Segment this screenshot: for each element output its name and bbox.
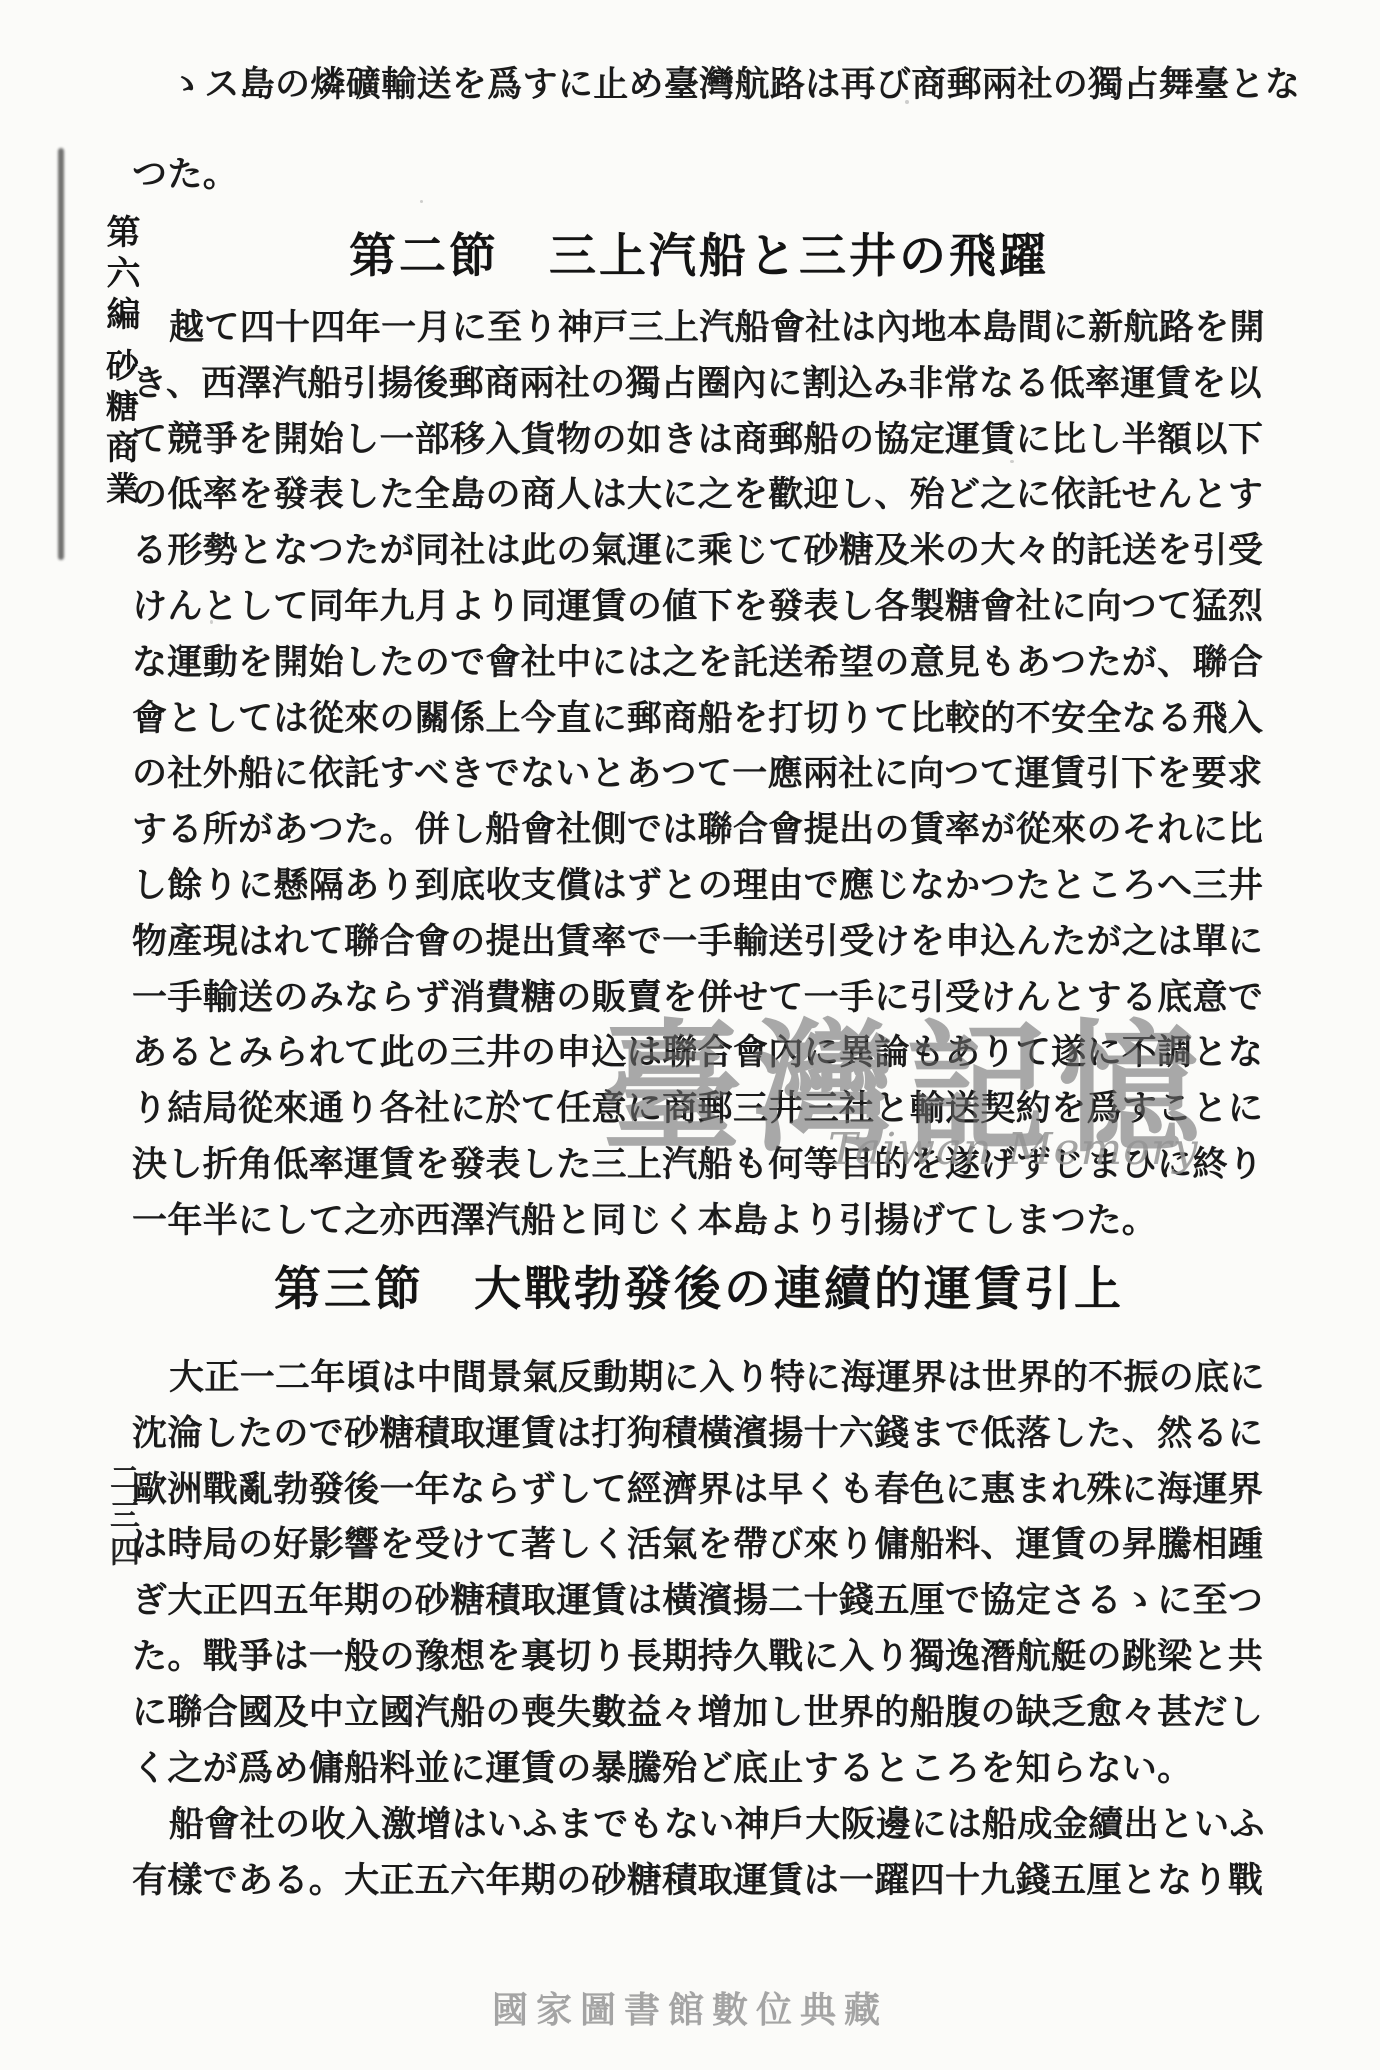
body-line: る形勢となつたが同社は此の氣運に乘じて砂糖及米の大々的託送を引受 xyxy=(132,523,1266,579)
body-line: て競爭を開始し一部移入貨物の如きは商郵船の協定運賃に比し半額以下 xyxy=(132,412,1266,468)
body-line: けんとして同年九月より同運賃の値下を發表し各製糖會社に向つて猛烈 xyxy=(132,579,1266,635)
body-line: 一手輸送のみならず消費糖の販賣を併せて一手に引受けんとする底意で xyxy=(132,970,1266,1026)
scan-speck xyxy=(1010,460,1014,463)
section2-paragraph: 越て四十四年一月に至り神戸三上汽船會社は內地本島間に新航路を開 き、西澤汽船引揚… xyxy=(132,300,1266,1249)
body-line: 有樣である。大正五六年期の砂糖積取運賃は一躍四十九錢五厘となり戰 xyxy=(132,1853,1266,1909)
body-line: 船會社の收入激增はいふまでもない神戶大阪邊には船成金續出といふ xyxy=(132,1797,1266,1853)
intro-paragraph: ゝス島の燐礦輸送を爲すに止め臺灣航路は再び商郵兩社の獨占舞臺とな つた。 xyxy=(132,40,1266,220)
body-line: に聯合國及中立國汽船の喪失數益々增加し世界的船腹の缺乏愈々甚だし xyxy=(132,1685,1266,1741)
scan-speck xyxy=(420,200,423,203)
scan-speck xyxy=(905,100,909,104)
section-heading: 第二節 三上汽船と三井の飛躍 xyxy=(132,222,1366,292)
scan-gutter-shadow xyxy=(58,148,64,560)
body-line: 物產現はれて聯合會の提出賃率で一手輸送引受けを申込んたが之は單に xyxy=(132,914,1266,970)
body-line: あるとみられて此の三井の申込は聯合會內に異論もありて遂に不調とな xyxy=(132,1025,1266,1081)
body-line: ぎ大正四五年期の砂糖積取運賃は橫濱揚二十錢五厘で協定さるゝに至つ xyxy=(132,1573,1266,1629)
body-line: 沈淪したので砂糖積取運賃は打狗積橫濱揚十六錢まで低落した、然るに xyxy=(132,1406,1266,1462)
body-line: 大正一二年頃は中間景氣反動期に入り特に海運界は世界的不振の底に xyxy=(132,1350,1266,1406)
body-line: た。戰爭は一般の豫想を裏切り長期持久戰に入り獨逸潛航艇の跳梁と共 xyxy=(132,1629,1266,1685)
body-line: の低率を發表した全島の商人は大に之を歡迎し、殆ど之に依託せんとす xyxy=(132,467,1266,523)
scan-speck xyxy=(210,620,213,624)
body-line: 歐洲戰亂勃發後一年ならずして經濟界は早くも春色に惠まれ殊に海運界 xyxy=(132,1462,1266,1518)
body-line: 決し折角低率運賃を發表した三上汽船も何等目的を遂げずじまひに終り xyxy=(132,1137,1266,1193)
body-line: く之が爲め傭船料並に運賃の暴騰殆ど底止するところを知らない。 xyxy=(132,1741,1266,1797)
body-line: り結局從來通り各社に於て任意に商郵三井三社と輸送契約を爲すことに xyxy=(132,1081,1266,1137)
section3-paragraph-1: 大正一二年頃は中間景氣反動期に入り特に海運界は世界的不振の底に 沈淪したので砂糖… xyxy=(132,1350,1266,1796)
body-line: 越て四十四年一月に至り神戸三上汽船會社は內地本島間に新航路を開 xyxy=(132,300,1266,356)
body-line: 一年半にして之亦西澤汽船と同じく本島より引揚げてしまつた。 xyxy=(132,1193,1266,1249)
scanned-book-page: 第六編 砂糖商業 二三四 ゝス島の燐礦輸送を爲すに止め臺灣航路は再び商郵兩社の獨… xyxy=(0,0,1380,2070)
body-line: は時局の好影響を受けて著しく活氣を帶び來り傭船料、運賃の昇騰相踵 xyxy=(132,1517,1266,1573)
body-line: ゝス島の燐礦輸送を爲すに止め臺灣航路は再び商郵兩社の獨占舞臺とな xyxy=(132,40,1266,130)
body-line: な運動を開始したので會社中には之を託送希望の意見もあつたが、聯合 xyxy=(132,635,1266,691)
section-heading: 第三節 大戰勃發後の連續的運賃引上 xyxy=(132,1255,1366,1325)
body-line: の社外船に依託すべきでないとあつて一應兩社に向つて運賃引下を要求 xyxy=(132,746,1266,802)
body-line: 會としては從來の關係上今直に郵商船を打切りて比較的不安全なる飛入 xyxy=(132,691,1266,747)
section3-paragraph-2: 船會社の收入激增はいふまでもない神戶大阪邊には船成金續出といふ 有樣である。大正… xyxy=(132,1797,1266,1909)
body-line: き、西澤汽船引揚後郵商兩社の獨占圈內に割込み非常なる低率運賃を以 xyxy=(132,356,1266,412)
body-line: つた。 xyxy=(132,130,1266,220)
body-line: する所があつた。併し船會社側では聯合會提出の賃率が從來のそれに比 xyxy=(132,802,1266,858)
digital-archive-footer: 國家圖書館數位典藏 xyxy=(0,1982,1380,2033)
body-line: し餘りに懸隔あり到底收支償はずとの理由で應じなかつたところへ三井 xyxy=(132,858,1266,914)
